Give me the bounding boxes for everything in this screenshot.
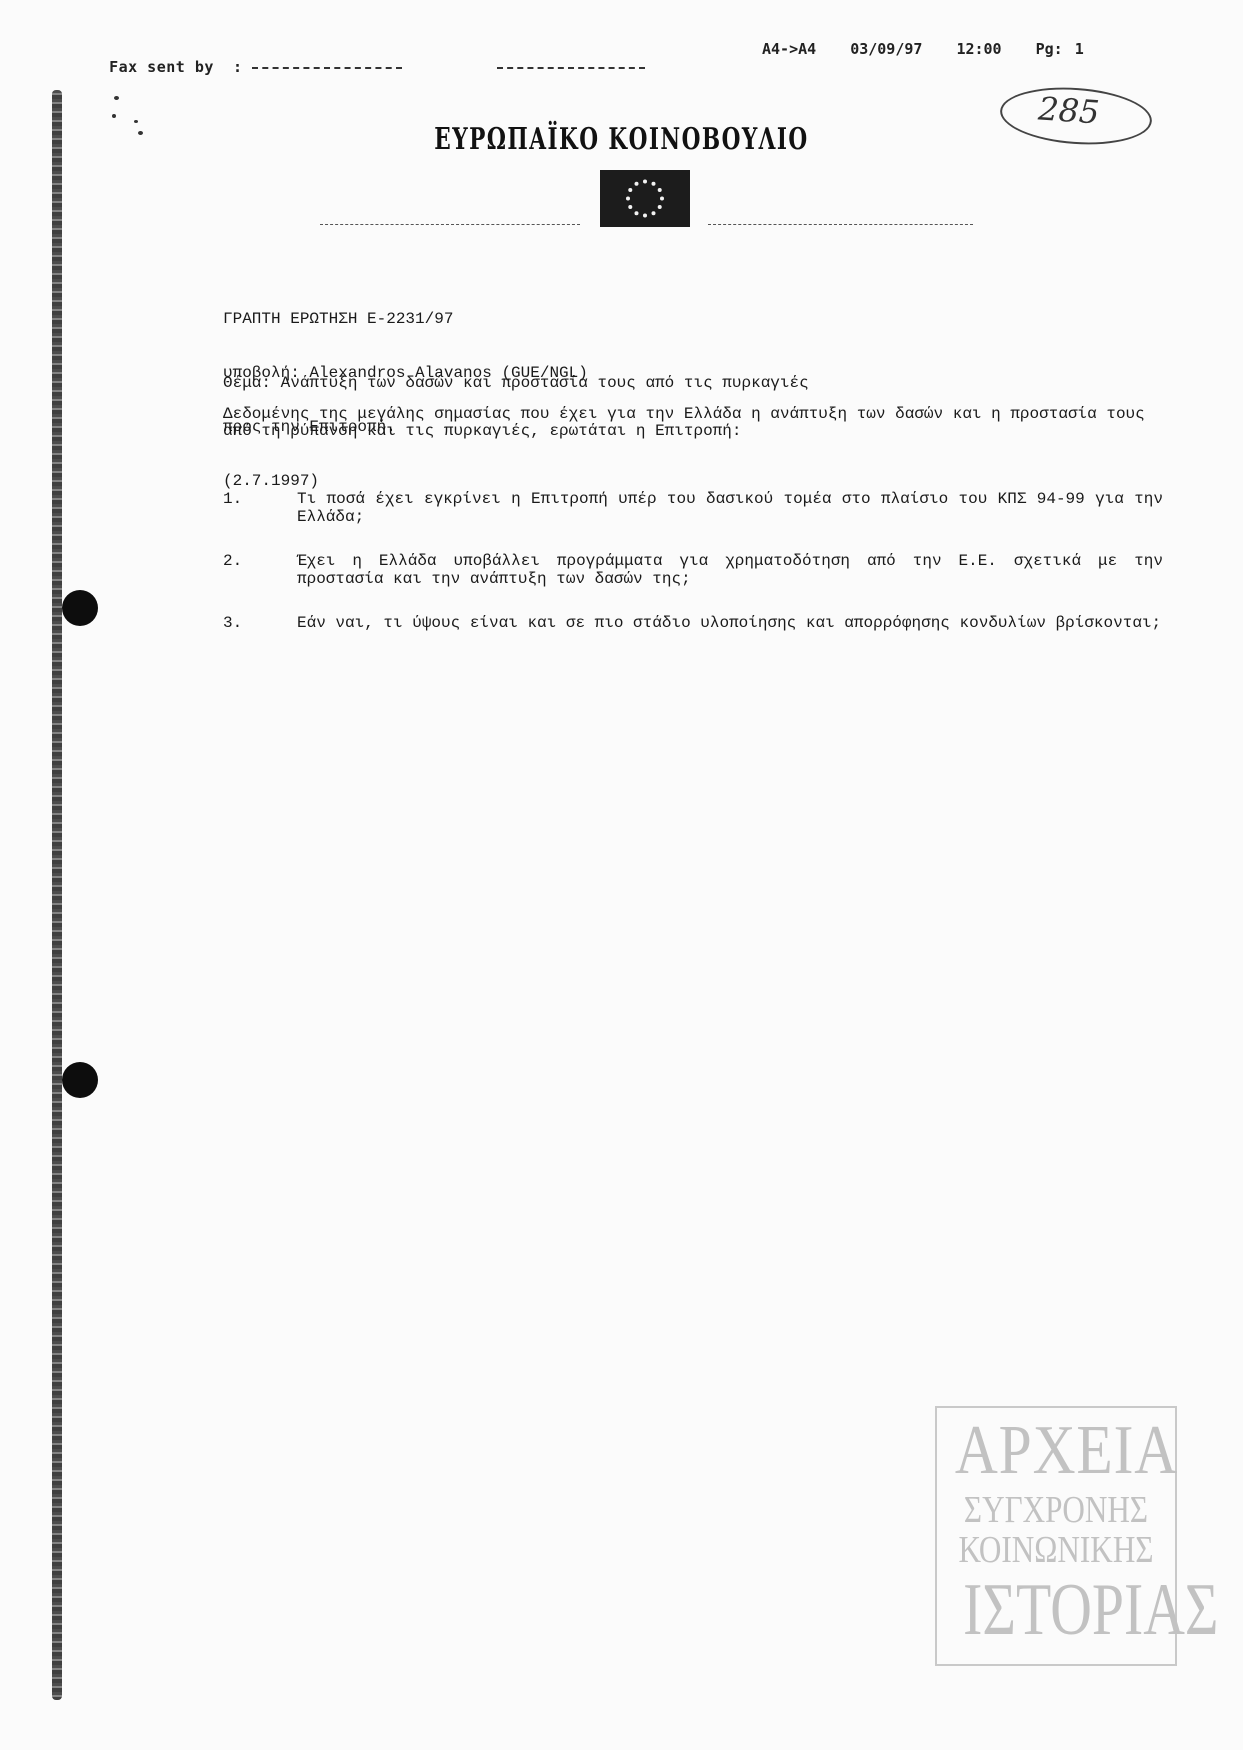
fax-time: 12:00: [956, 40, 1001, 58]
question-item: 2. Έχει η Ελλάδα υποβάλλει προγράμματα γ…: [223, 552, 1163, 588]
watermark-line-4: ΙΣΤΟΡΙΑΣ: [963, 1570, 1149, 1650]
scan-speck: [134, 120, 138, 123]
fax-page-label: Pg:: [1036, 40, 1063, 58]
question-text: Έχει η Ελλάδα υποβάλλει προγράμματα για …: [297, 552, 1163, 588]
punch-hole: [62, 590, 98, 626]
question-date: (2.7.1997): [223, 472, 588, 490]
watermark-line-3: ΚΟΙΝΩΝΙΚΗΣ: [958, 1530, 1153, 1570]
archive-watermark: ΑΡΧΕΙΑ ΣΥΓΧΡΟΝΗΣ ΚΟΙΝΩΝΙΚΗΣ ΙΣΤΟΡΙΑΣ: [935, 1406, 1177, 1666]
fax-page-number: 1: [1075, 40, 1084, 58]
eu-flag-icon: [600, 170, 690, 227]
question-title: ΓΡΑΠΤΗ ΕΡΩΤΗΣΗ E-2231/97: [223, 310, 588, 328]
subject-line: Θέμα: Ανάπτυξη των δασών και προστασία τ…: [223, 374, 809, 392]
question-number: 2.: [223, 552, 297, 588]
fax-transmission-info: A4->A403/09/9712:00Pg:1: [762, 40, 1118, 58]
letterhead-rule-right: [708, 224, 973, 225]
question-text: Τι ποσά έχει εγκρίνει η Επιτροπή υπέρ το…: [297, 490, 1163, 526]
scan-speck: [112, 114, 116, 118]
question-number: 3.: [223, 614, 297, 632]
eu-stars-icon: [600, 170, 690, 227]
scan-speck: [138, 131, 143, 135]
intro-paragraph: Δεδομένης της μεγάλης σημασίας που έχει …: [223, 406, 1163, 440]
fax-date: 03/09/97: [850, 40, 922, 58]
watermark-line-2: ΣΥΓΧΡΟΝΗΣ: [958, 1490, 1153, 1530]
watermark-line-1: ΑΡΧΕΙΑ: [955, 1412, 1157, 1490]
question-item: 1. Τι ποσά έχει εγκρίνει η Επιτροπή υπέρ…: [223, 490, 1163, 526]
fax-number-blank: [497, 67, 645, 69]
question-text: Εάν ναι, τι ύψους είναι και σε πιο στάδι…: [297, 614, 1163, 632]
scan-speck: [114, 96, 119, 100]
binding-strip: [52, 90, 62, 1700]
fax-sender-blank: [252, 67, 402, 69]
question-number: 1.: [223, 490, 297, 526]
fax-header: Fax sent by :: [90, 40, 645, 76]
punch-hole: [62, 1062, 98, 1098]
letterhead-rule-left: [320, 224, 580, 225]
question-item: 3. Εάν ναι, τι ύψους είναι και σε πιο στ…: [223, 614, 1163, 632]
institution-title: ΕΥΡΩΠΑΪΚΟ ΚΟΙΝΟΒΟΥΛΙΟ: [174, 122, 1069, 157]
fax-format: A4->A4: [762, 40, 816, 58]
fax-sent-by-label: Fax sent by: [109, 58, 214, 76]
